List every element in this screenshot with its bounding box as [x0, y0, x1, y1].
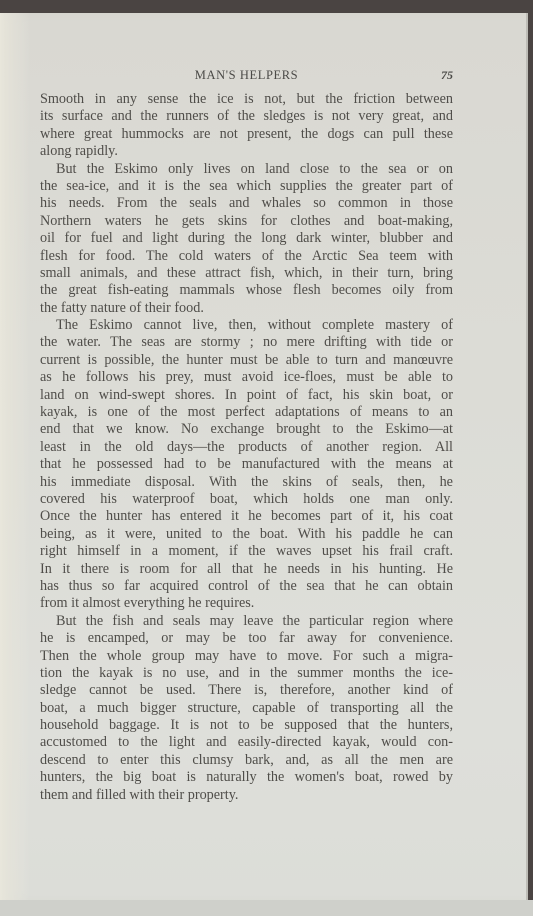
scanned-book-page-scene: MAN'S HELPERS 75 Smooth in any sense the…: [0, 0, 533, 916]
body-text: Smooth in any sense the ice is not, but …: [40, 91, 453, 804]
text-line: as he follows his prey, must avoid ice-f…: [40, 369, 453, 386]
text-line: has thus so far acquired control of the …: [40, 578, 453, 595]
text-line: from it almost everything he requires.: [40, 595, 453, 612]
text-line: Smooth in any sense the ice is not, but …: [40, 91, 453, 108]
text-line: Once the hunter has entered it he become…: [40, 508, 453, 525]
text-line: the fatty nature of their food.: [40, 300, 453, 317]
text-line: But the Eskimo only lives on land close …: [40, 161, 453, 178]
text-line: being, as it were, united to the boat. W…: [40, 526, 453, 543]
text-line: the water. The seas are stormy ; no mere…: [40, 334, 453, 351]
text-line: he is encamped, or may be too far away f…: [40, 630, 453, 647]
text-line: that he possessed had to be manufactured…: [40, 456, 453, 473]
text-line: where great hummocks are not present, th…: [40, 126, 453, 143]
paragraph: The Eskimo cannot live, then, without co…: [40, 317, 453, 613]
page-number: 75: [441, 68, 453, 83]
running-header: MAN'S HELPERS 75: [40, 66, 453, 84]
text-line: The Eskimo cannot live, then, without co…: [40, 317, 453, 334]
text-line: Then the whole group may have to move. F…: [40, 648, 453, 665]
text-line: his immediate disposal. With the skins o…: [40, 474, 453, 491]
text-line: land on wind-swept shores. In point of f…: [40, 387, 453, 404]
paragraph: Smooth in any sense the ice is not, but …: [40, 91, 453, 161]
text-line: right himself in a moment, if the waves …: [40, 543, 453, 560]
text-line: Northern waters he gets skins for clothe…: [40, 213, 453, 230]
text-line: accustomed to the light and easily-direc…: [40, 734, 453, 751]
paragraph: But the Eskimo only lives on land close …: [40, 161, 453, 318]
text-line: its surface and the runners of the sledg…: [40, 108, 453, 125]
text-line: current is possible, the hunter must be …: [40, 352, 453, 369]
running-title: MAN'S HELPERS: [40, 68, 453, 83]
text-line: sledge cannot be used. There is, therefo…: [40, 682, 453, 699]
text-line: descend to enter this clumsy bark, and, …: [40, 752, 453, 769]
paragraph: But the fish and seals may leave the par…: [40, 613, 453, 804]
text-line: In it there is room for all that he need…: [40, 561, 453, 578]
text-line: covered his waterproof boat, which holds…: [40, 491, 453, 508]
text-line: least in the old days—the products of an…: [40, 439, 453, 456]
text-line: them and filled with their property.: [40, 787, 453, 804]
text-line: his needs. From the seals and whales so …: [40, 195, 453, 212]
text-line: small animals, and these attract fish, w…: [40, 265, 453, 282]
text-line: flesh for food. The cold waters of the A…: [40, 248, 453, 265]
text-line: tion the kayak is no use, and in the sum…: [40, 665, 453, 682]
text-line: But the fish and seals may leave the par…: [40, 613, 453, 630]
text-line: oil for fuel and light during the long d…: [40, 230, 453, 247]
text-line: the great fish-eating mammals whose fles…: [40, 282, 453, 299]
text-line: boat, a much bigger structure, capable o…: [40, 700, 453, 717]
text-line: kayak, is one of the most perfect adapta…: [40, 404, 453, 421]
text-line: along rapidly.: [40, 143, 453, 160]
underlying-surface: [0, 900, 533, 916]
text-line: hunters, the big boat is naturally the w…: [40, 769, 453, 786]
text-line: household baggage. It is not to be suppo…: [40, 717, 453, 734]
text-line: the sea-ice, and it is the sea which sup…: [40, 178, 453, 195]
text-line: end that we know. No exchange brought to…: [40, 421, 453, 438]
page-gutter-shadow: [0, 13, 30, 903]
